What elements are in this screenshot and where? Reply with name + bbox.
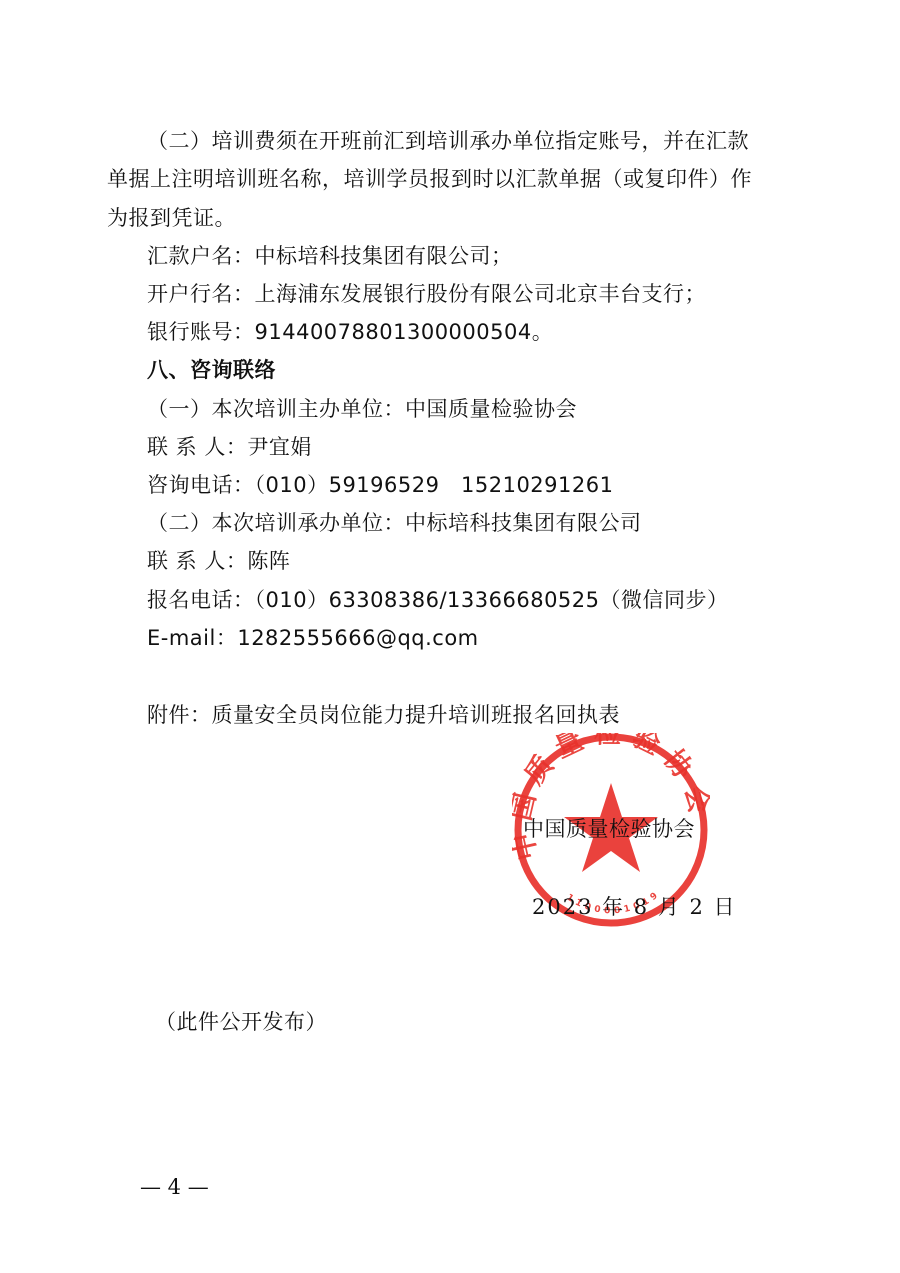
paragraph-fee-line-1: （二）培训费须在开班前汇到培训承办单位指定账号，并在汇款 <box>147 127 749 155</box>
host-phone: 报名电话：（010）63308386/13366680525（微信同步） <box>147 586 729 614</box>
section-heading-contact: 八、咨询联络 <box>147 356 276 384</box>
paragraph-fee-line-3: 为报到凭证。 <box>107 204 236 232</box>
page-number: — 4 — <box>140 1173 209 1201</box>
account-name: 汇款户名：中标培科技集团有限公司； <box>147 242 513 270</box>
organizer-phone: 咨询电话：（010）59196529 15210291261 <box>147 471 613 499</box>
account-number: 银行账号：91440078801300000504。 <box>147 318 553 346</box>
bank-name: 开户行名：上海浦东发展银行股份有限公司北京丰台支行； <box>147 280 706 308</box>
host-contact-person: 联 系 人：陈阵 <box>147 547 290 575</box>
organizer-unit: （一）本次培训主办单位：中国质量检验协会 <box>147 395 577 423</box>
attachment-note: 附件：质量安全员岗位能力提升培训班报名回执表 <box>147 701 620 729</box>
host-unit: （二）本次培训承办单位：中标培科技集团有限公司 <box>147 509 642 537</box>
signature-organization: 中国质量检验协会 <box>523 815 695 843</box>
publication-note: （此件公开发布） <box>155 1008 327 1036</box>
signature-date: 2023 年 8 月 2 日 <box>532 893 737 921</box>
paragraph-fee-line-2: 单据上注明培训班名称，培训学员报到时以汇款单据（或复印件）作 <box>107 165 752 193</box>
organizer-contact-person: 联 系 人：尹宜娟 <box>147 433 312 461</box>
host-email: E-mail：1282555666@qq.com <box>147 624 479 652</box>
